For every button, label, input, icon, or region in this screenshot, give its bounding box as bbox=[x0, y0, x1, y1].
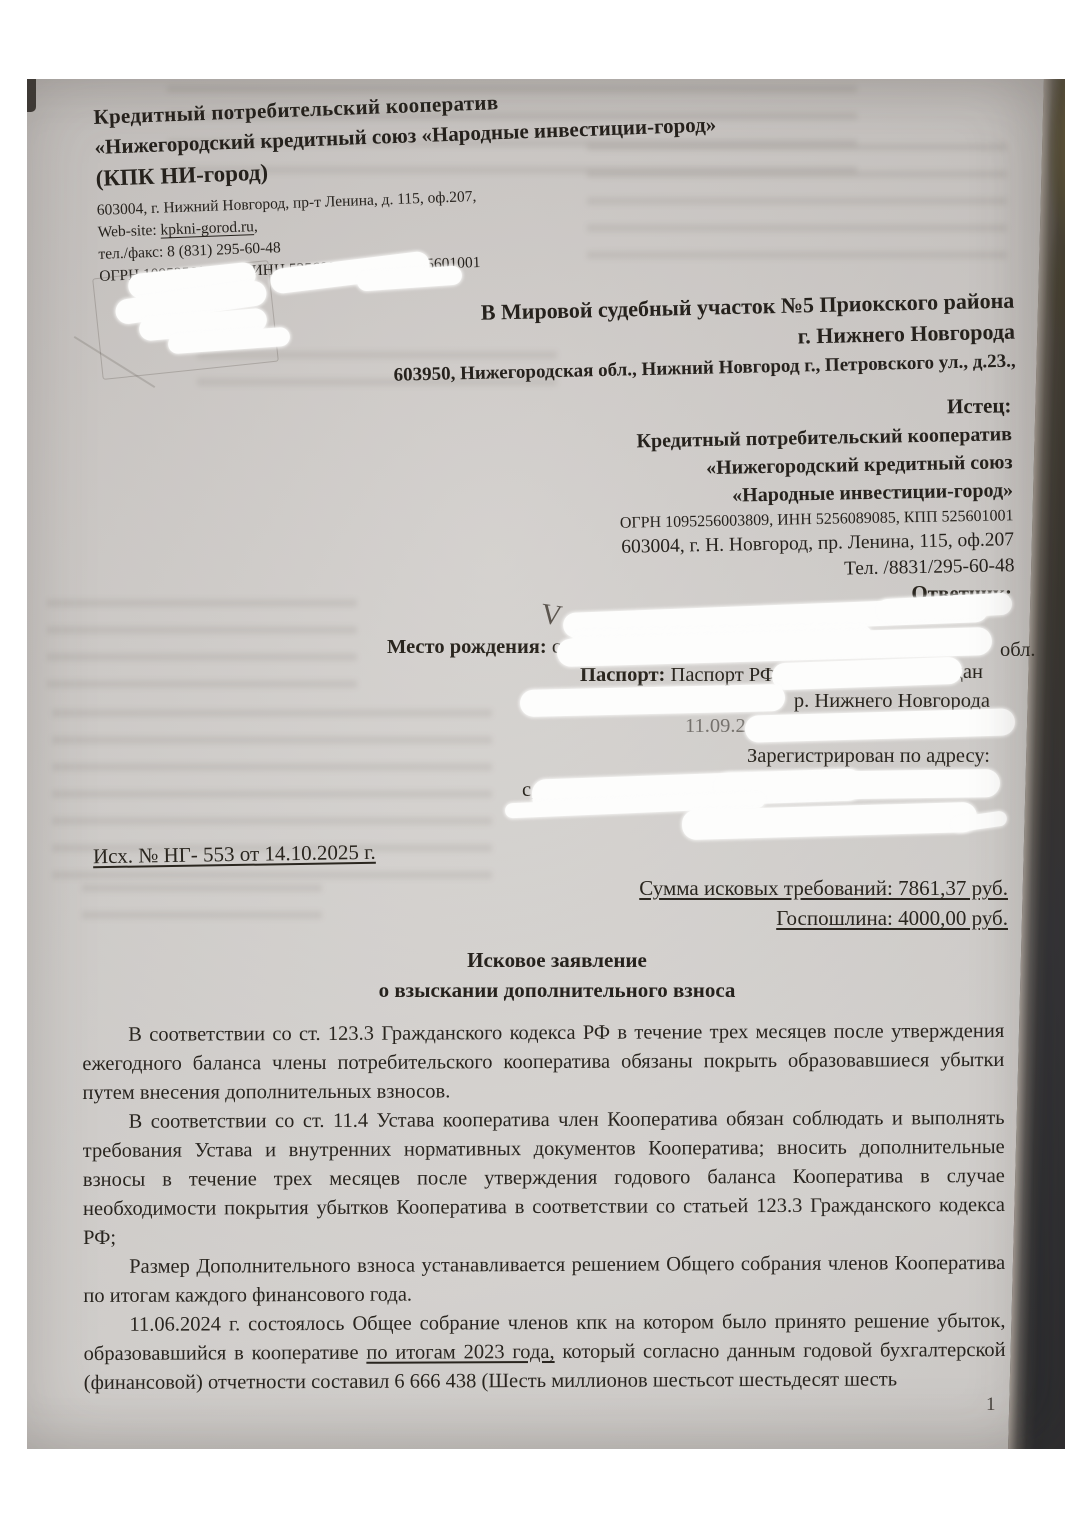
state-duty-text: Госпошлина: 4000,00 руб. bbox=[776, 906, 1008, 930]
handwriting-mark: V bbox=[539, 598, 564, 634]
background-texture bbox=[1035, 79, 1065, 416]
photo-corner-notch bbox=[27, 79, 36, 112]
body-text: В соответствии со ст. 123.3 Гражданского… bbox=[82, 1017, 1006, 1398]
letterhead: Кредитный потребительский кооператив «Ни… bbox=[93, 79, 889, 288]
claim-sum: Сумма исковых требований: 7861,37 руб. bbox=[639, 876, 1008, 901]
birth-suffix: обл. bbox=[1000, 639, 1036, 662]
page-background: { "colors": { "paper": "#d3d0cd", "ink":… bbox=[0, 0, 1080, 1528]
paragraph-1: В соответствии со ст. 123.3 Гражданского… bbox=[82, 1017, 1004, 1108]
redaction-stroke bbox=[745, 708, 1016, 743]
registered-address-label: Зарегистрирован по адресу: bbox=[747, 745, 990, 768]
redaction-stroke bbox=[877, 592, 1013, 621]
redaction-stroke bbox=[772, 657, 963, 691]
paper-edge-shadow bbox=[1008, 79, 1065, 1449]
passport-date-fragment: 11.09.2 bbox=[685, 715, 746, 738]
redaction-stroke bbox=[520, 684, 786, 717]
paragraph-2: В соответствии со ст. 11.4 Устава коопер… bbox=[83, 1104, 1006, 1253]
court-address-block: В Мировой судебный участок №5 Приокского… bbox=[274, 285, 1016, 394]
state-duty: Госпошлина: 4000,00 руб. bbox=[776, 906, 1008, 931]
page-number: 1 bbox=[986, 1394, 996, 1416]
birth-label: Место рождения: bbox=[387, 636, 547, 658]
website-tail: , bbox=[254, 218, 258, 235]
paragraph-3: Размер Дополнительного взноса устанавлив… bbox=[83, 1249, 1005, 1311]
document-title: Исковое заявление о взыскании дополнител… bbox=[147, 945, 967, 1005]
paragraph-4: 11.06.2024 г. состоялось Общее собрание … bbox=[83, 1307, 1005, 1398]
title-line2: о взыскании дополнительного взноса bbox=[147, 975, 967, 1005]
bleed-through-text bbox=[47, 599, 357, 704]
paragraph-4-underlined: по итогам 2023 года, bbox=[366, 1341, 554, 1364]
outgoing-number: Исх. № НГ- 553 от 14.10.2025 г. bbox=[93, 840, 376, 869]
plaintiff-block: Истец: Кредитный потребительский коопера… bbox=[405, 391, 1014, 591]
website-url: kpkni-gorod.ru bbox=[160, 218, 254, 238]
bleed-through-text bbox=[82, 884, 322, 919]
defendant-birth-line: Место рождения: с. bbox=[387, 636, 566, 659]
document-photo: Кредитный потребительский кооператив «Ни… bbox=[27, 79, 1065, 1449]
title-line1: Исковое заявление bbox=[147, 945, 967, 975]
claim-sum-text: Сумма исковых требований: 7861,37 руб. bbox=[639, 876, 1008, 900]
outgoing-number-text: Исх. № НГ- 553 от 14.10.2025 г. bbox=[93, 840, 376, 868]
website-label: Web-site: bbox=[97, 222, 160, 241]
passport-label: Паспорт: bbox=[580, 664, 665, 686]
